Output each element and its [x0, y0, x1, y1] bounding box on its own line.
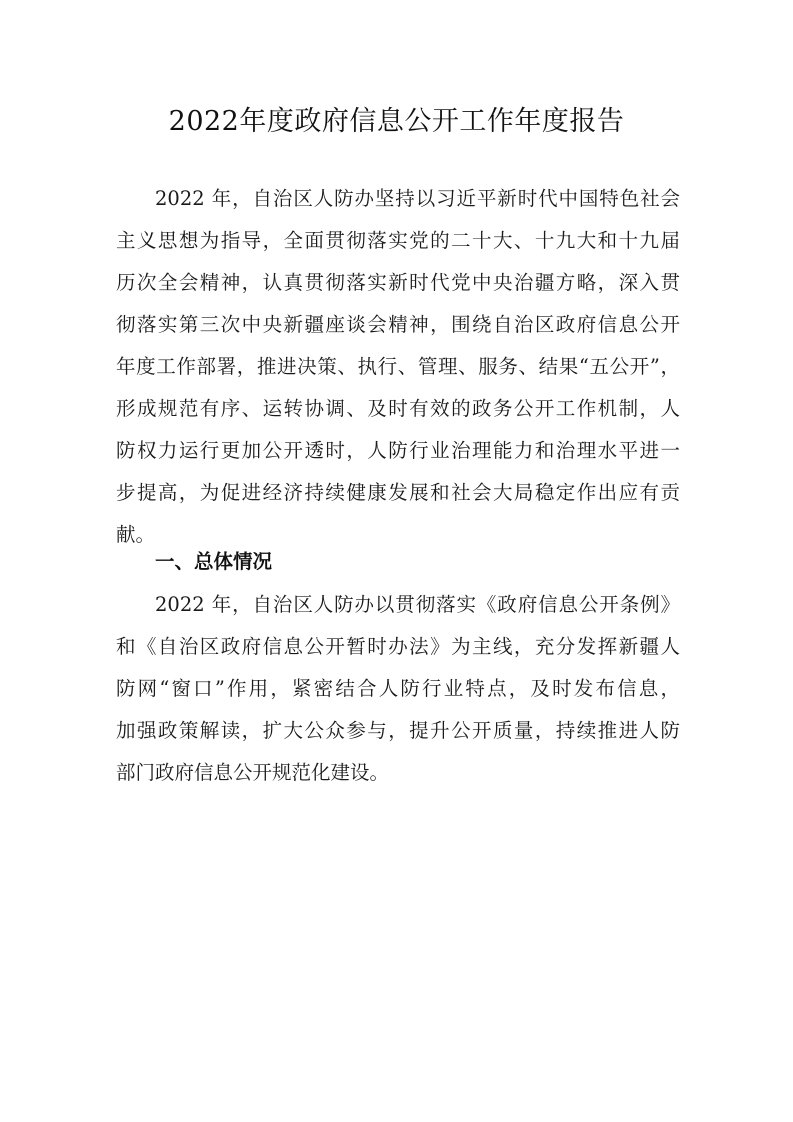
- paragraph-line: 历次全会精神，认真贯彻落实新时代党中央治疆方略，深入贯: [116, 268, 680, 298]
- section-heading: 一、总体情况: [155, 547, 272, 577]
- paragraph-line: 防网“窗口”作用，紧密结合人防行业特点，及时发布信息，: [116, 674, 680, 704]
- paragraph-line: 年度工作部署，推进决策、执行、管理、服务、结果“五公开”，: [116, 352, 680, 382]
- document-page: 2022年度政府信息公开工作年度报告 2022 年，自治区人防办坚持以习近平新时…: [0, 0, 793, 1122]
- paragraph-line: 和《自治区政府信息公开暂时办法》为主线，充分发挥新疆人: [116, 632, 680, 662]
- paragraph-line: 2022 年，自治区人防办坚持以习近平新时代中国特色社会: [155, 184, 680, 214]
- paragraph-line: 主义思想为指导，全面贯彻落实党的二十大、十九大和十九届: [116, 226, 680, 256]
- paragraph-line: 彻落实第三次中央新疆座谈会精神，围绕自治区政府信息公开: [116, 310, 680, 340]
- paragraph-line: 形成规范有序、运转协调、及时有效的政务公开工作机制，人: [116, 394, 680, 424]
- paragraph-line: 加强政策解读，扩大公众参与，提升公开质量，持续推进人防: [116, 716, 680, 746]
- paragraph-line: 防权力运行更加公开透时，人防行业治理能力和治理水平进一: [116, 436, 680, 466]
- paragraph-line: 步提高，为促进经济持续健康发展和社会大局稳定作出应有贡: [116, 478, 680, 508]
- paragraph-line: 部门政府信息公开规范化建设。: [116, 758, 680, 788]
- paragraph-line: 2022 年，自治区人防办以贯彻落实《政府信息公开条例》: [155, 590, 680, 620]
- document-title: 2022年度政府信息公开工作年度报告: [0, 102, 793, 142]
- paragraph-line: 献。: [116, 520, 680, 550]
